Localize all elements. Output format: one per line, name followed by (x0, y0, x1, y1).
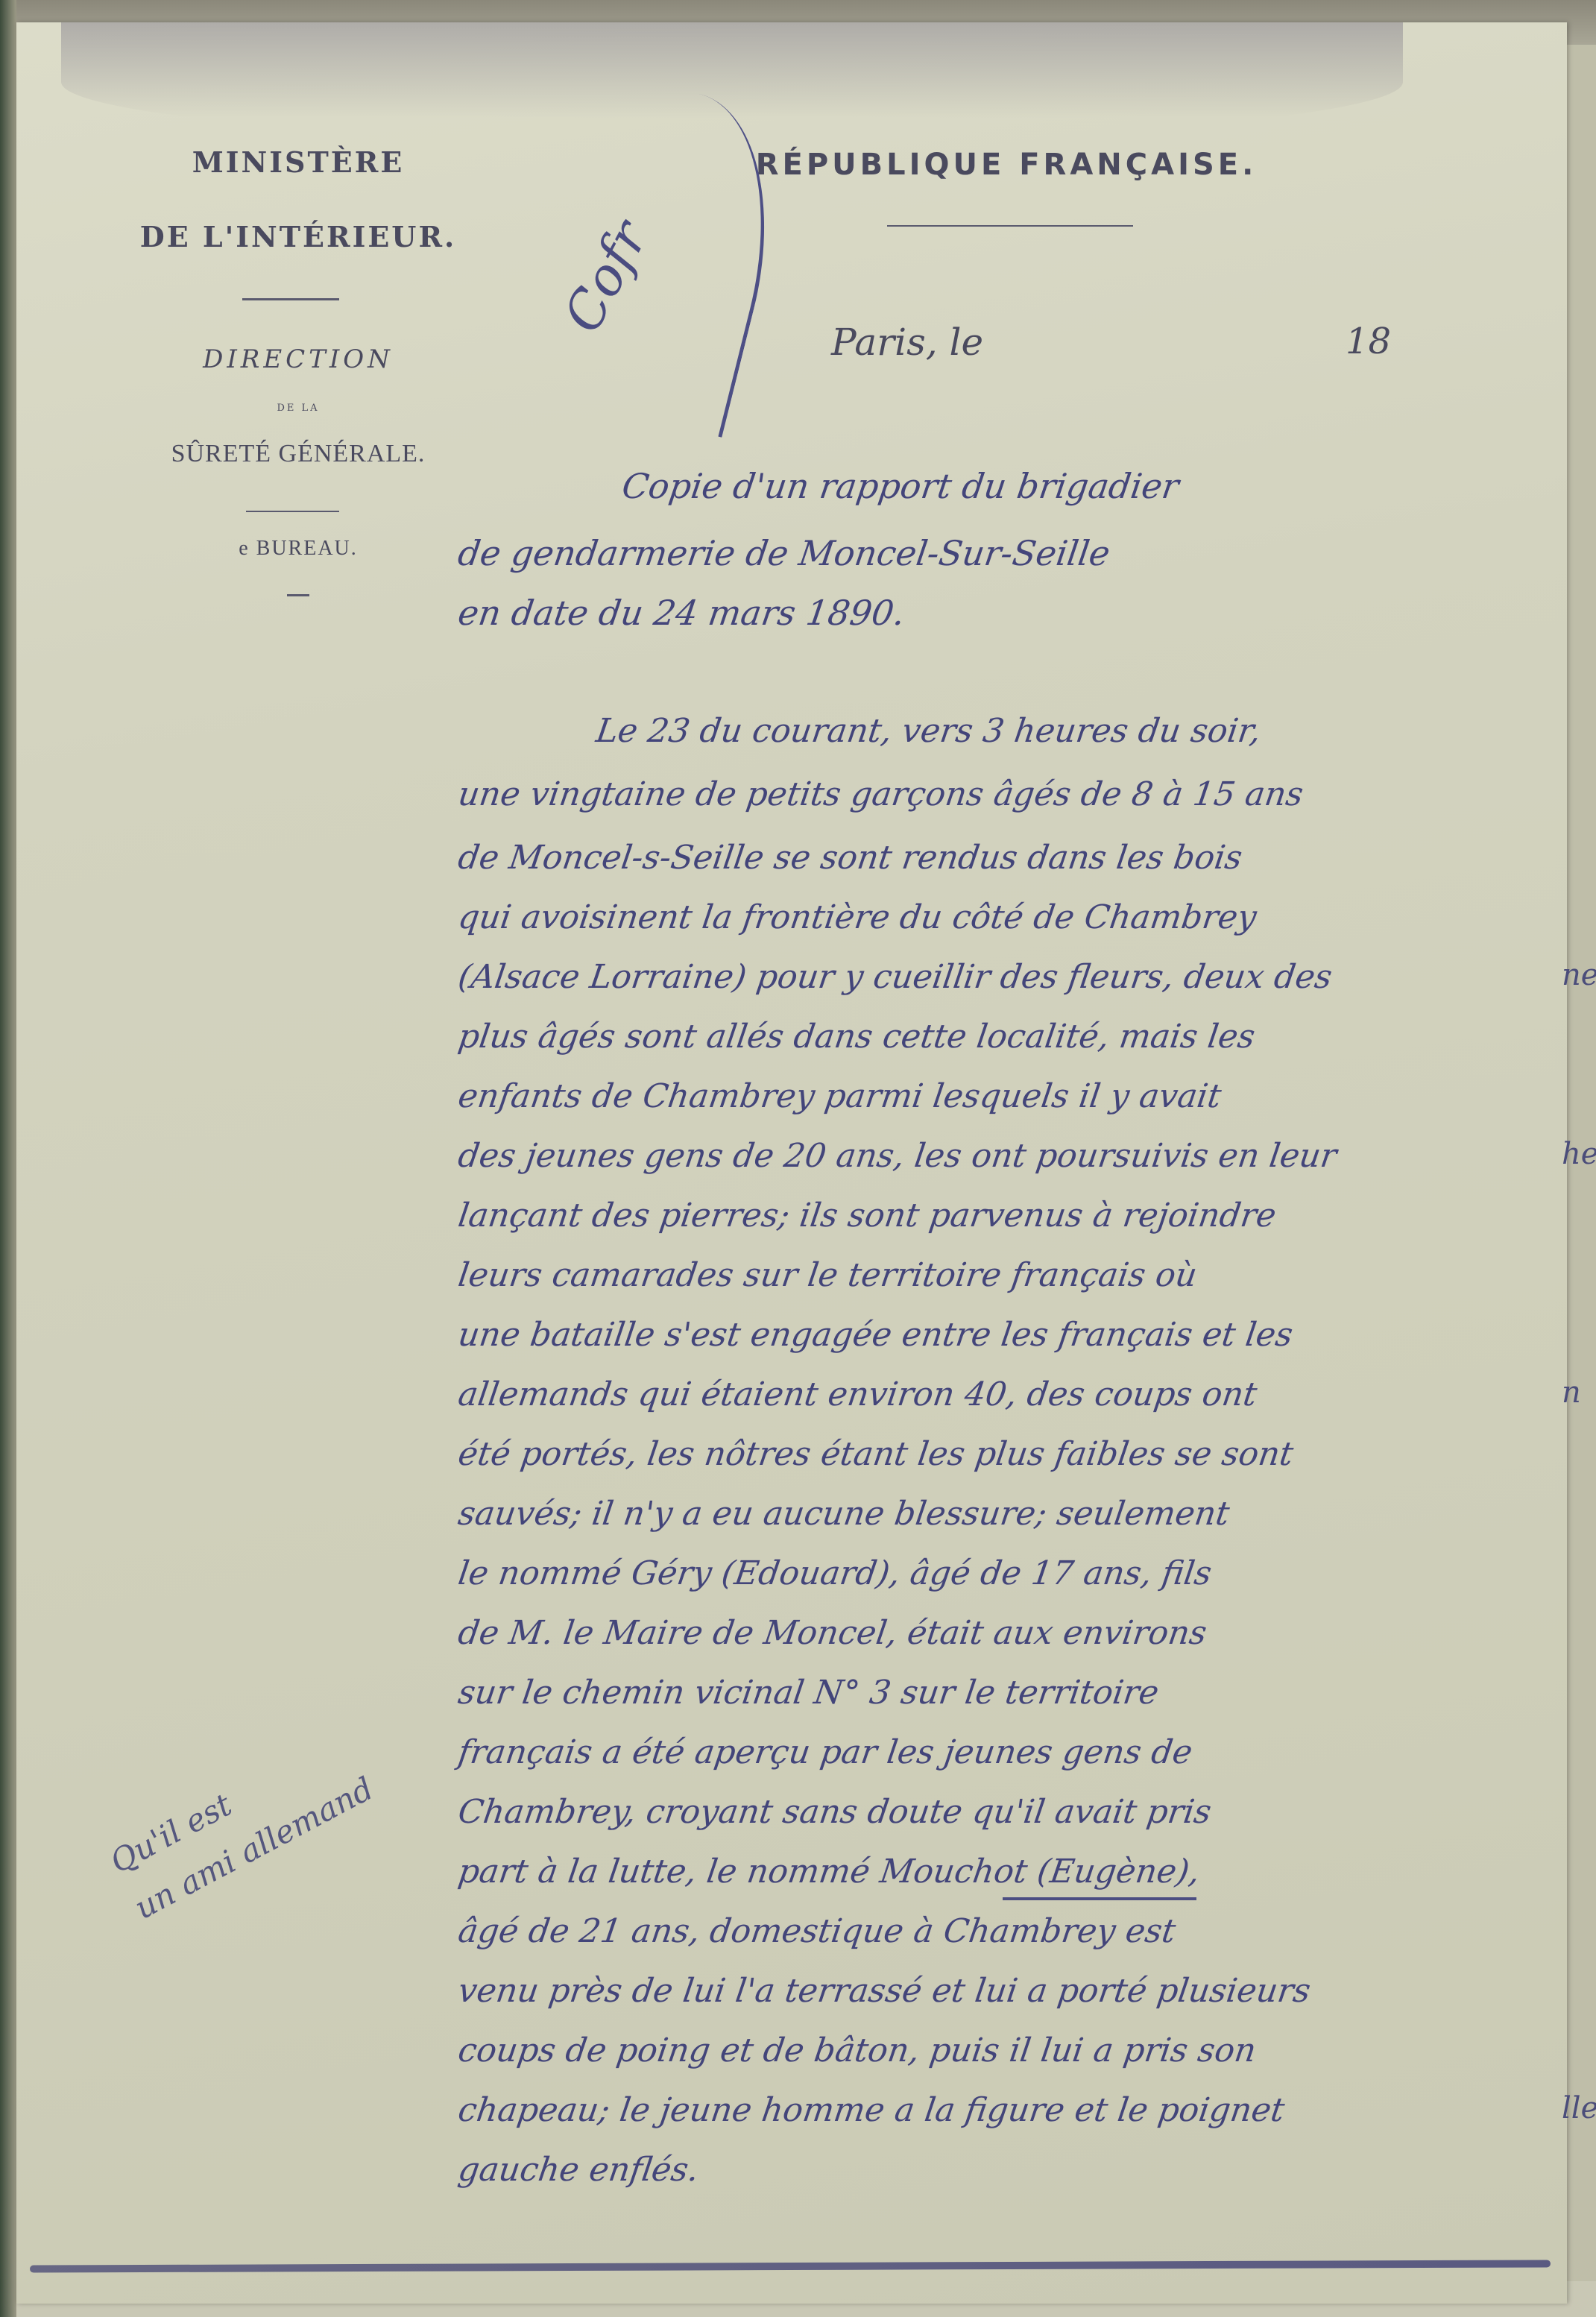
body-line: âgé de 21 ans, domestique à Chambrey est (455, 1912, 1549, 1950)
ornamental-rule (242, 298, 339, 300)
bleed-through-text: he (1562, 1137, 1596, 1171)
body-line: Le 23 du courant, vers 3 heures du soir, (593, 712, 1596, 750)
body-line: sur le chemin vicinal N° 3 sur le territ… (455, 1674, 1549, 1712)
title-line: en date du 24 mars 1890. (455, 593, 1550, 633)
ministry-line-1: MINISTÈRE (112, 145, 485, 179)
binding-edge (0, 0, 16, 2317)
title-line: Copie d'un rapport du brigadier (619, 466, 1596, 506)
bureau-label: e BUREAU. (112, 537, 485, 561)
body-line: été portés, les nôtres étant les plus fa… (455, 1435, 1549, 1473)
body-line: lançant des pierres; ils sont parvenus à… (455, 1197, 1549, 1235)
body-line: leurs camarades sur le territoire frança… (455, 1256, 1549, 1294)
de-la-label: DE LA (112, 403, 485, 414)
body-line: plus âgés sont allés dans cette localité… (455, 1018, 1549, 1056)
department-name: SÛRETÉ GÉNÉRALE. (112, 440, 485, 468)
body-line: des jeunes gens de 20 ans, les ont pours… (455, 1137, 1549, 1175)
name-underline (1003, 1897, 1196, 1900)
bleed-through-text: lle (1562, 2091, 1596, 2125)
body-line: de M. le Maire de Moncel, était aux envi… (455, 1614, 1549, 1652)
body-line: gauche enflés. (455, 2151, 1549, 2189)
body-line: une bataille s'est engagée entre les fra… (455, 1316, 1549, 1354)
body-line: coups de poing et de bâton, puis il lui … (455, 2031, 1549, 2069)
direction-label: DIRECTION (112, 344, 485, 374)
body-line: de Moncel-s-Seille se sont rendus dans l… (455, 839, 1549, 877)
place-date-prefix: Paris, le (831, 321, 983, 364)
bleed-through-text: n (1562, 1375, 1581, 1410)
title-line: de gendarmerie de Moncel-Sur-Seille (455, 533, 1550, 573)
body-line: venu près de lui l'a terrassé et lui a p… (455, 1972, 1549, 2010)
bleed-through-text: ne (1562, 958, 1596, 992)
short-rule (287, 594, 309, 596)
body-line: (Alsace Lorraine) pour y cueillir des fl… (455, 958, 1549, 996)
body-line: le nommé Géry (Edouard), âgé de 17 ans, … (455, 1554, 1549, 1592)
body-line: Chambrey, croyant sans doute qu'il avait… (455, 1793, 1549, 1831)
body-line: part à la lutte, le nommé Mouchot (Eugèn… (455, 1853, 1549, 1891)
republic-heading: RÉPUBLIQUE FRANÇAISE. (701, 148, 1312, 182)
ornamental-rule (246, 511, 339, 512)
body-line: qui avoisinent la frontière du côté de C… (455, 898, 1549, 936)
body-line: français a été aperçu par les jeunes gen… (455, 1733, 1549, 1771)
body-line: une vingtaine de petits garçons âgés de … (455, 775, 1549, 813)
body-line: allemands qui étaient environ 40, des co… (455, 1375, 1549, 1413)
ornamental-rule (887, 225, 1133, 227)
body-line: chapeau; le jeune homme a la figure et l… (455, 2091, 1549, 2129)
year-prefix: 18 (1346, 321, 1391, 362)
ministry-line-2: DE L'INTÉRIEUR. (112, 220, 485, 253)
body-line: sauvés; il n'y a eu aucune blessure; seu… (455, 1495, 1549, 1533)
body-line: enfants de Chambrey parmi lesquels il y … (455, 1077, 1549, 1115)
